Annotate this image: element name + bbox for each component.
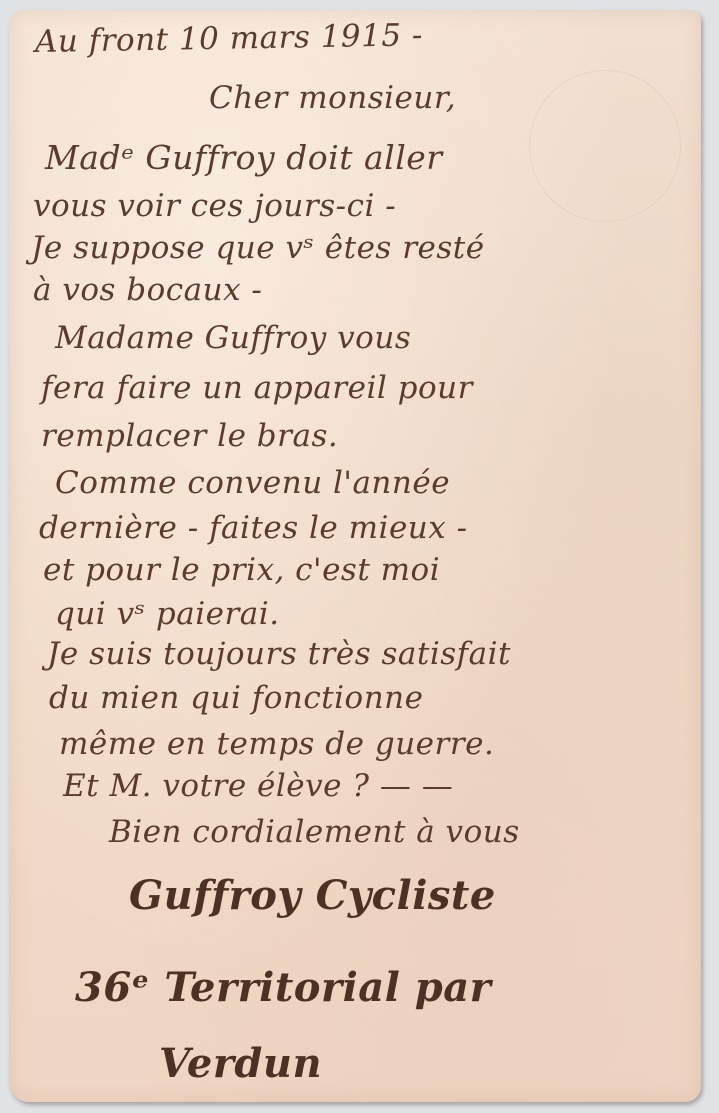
body-line-12: Je suis toujours très satisfait (47, 636, 511, 672)
postcard: Au front 10 mars 1915 - Cher monsieur, M… (9, 10, 701, 1102)
body-line-7: remplacer le bras. (41, 418, 338, 454)
body-line-8: Comme convenu l'année (55, 465, 450, 501)
body-line-14: même en temps de guerre. (59, 726, 494, 762)
body-line-13: du mien qui fonctionne (49, 680, 424, 716)
body-line-9: dernière - faites le mieux - (39, 510, 468, 546)
dateline: Au front 10 mars 1915 - (35, 17, 423, 60)
signature-place: Verdun (159, 1040, 322, 1087)
body-line-10: et pour le prix, c'est moi (43, 552, 440, 588)
body-line-4: à vos bocaux - (33, 272, 262, 308)
body-line-2: vous voir ces jours-ci - (33, 188, 396, 224)
body-line-5: Madame Guffroy vous (55, 320, 411, 356)
body-line-1: Madᵉ Guffroy doit aller (45, 138, 443, 177)
body-line-15: Et M. votre élève ? — — (63, 768, 453, 804)
faded-postmark (529, 70, 681, 222)
signature-name: Guffroy Cycliste (129, 872, 496, 919)
body-line-6: fera faire un appareil pour (41, 370, 473, 406)
body-line-11: qui vˢ paierai. (55, 596, 280, 632)
closing: Bien cordialement à vous (109, 814, 520, 850)
body-line-3: Je suppose que vˢ êtes resté (31, 230, 485, 266)
salutation: Cher monsieur, (209, 80, 456, 116)
signature-unit: 36ᵉ Territorial par (75, 964, 491, 1011)
